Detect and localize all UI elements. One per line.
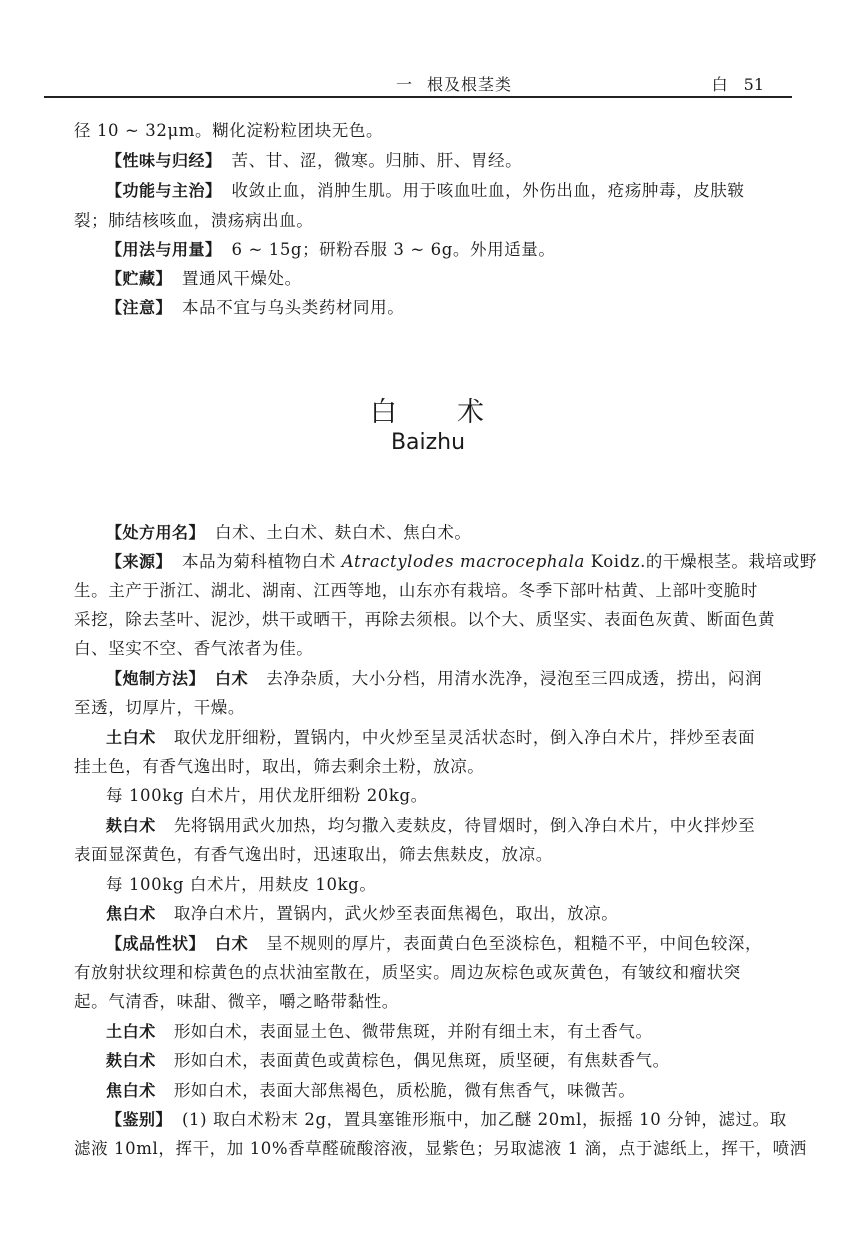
- paragraph-text: 先将锅用武火加热，均匀撒入麦麸皮，待冒烟时，倒入净白术片，中火拌炒至: [174, 816, 755, 835]
- source-paragraph-cont: 白、坚实不空、香气浓者为佳。: [74, 638, 794, 660]
- paragraph-text: 6 ~ 15g；研粉吞服 3 ~ 6g。外用适量。: [232, 240, 556, 259]
- processing-tu-paragraph: 土白术取伏龙肝细粉，置锅内，中火炒至呈灵活状态时，倒入净白术片，拌炒至表面: [106, 727, 826, 749]
- section-name: 根及根茎类: [427, 75, 512, 94]
- section-label: 【来源】: [106, 552, 172, 571]
- paragraph-text: 白术、土白术、麸白术、焦白术。: [215, 523, 472, 542]
- storage-paragraph: 【贮藏】置通风干燥处。: [106, 268, 826, 290]
- characteristics-fu: 麸白术形如白术，表面黄色或黄棕色，偶见焦斑，质坚硬，有焦麸香气。: [106, 1050, 826, 1072]
- function-paragraph: 【功能与主治】收敛止血，消肿生肌。用于咳血吐血，外伤出血，疮疡肿毒，皮肤皲: [106, 180, 826, 202]
- source-paragraph-cont: 生。主产于浙江、湖北、湖南、江西等地，山东亦有栽培。冬季下部叶枯黄、上部叶变脆时: [74, 580, 794, 602]
- page-info: 白51: [712, 72, 764, 95]
- section-label: 【鉴别】: [106, 1110, 172, 1129]
- title-char-2: 术: [457, 397, 486, 428]
- section-dash: 一: [396, 75, 413, 94]
- paragraph-text: 本品为菊科植物白术: [182, 552, 342, 571]
- characteristics-tu: 土白术形如白术，表面显土色、微带焦斑，并附有细土末，有土香气。: [106, 1021, 826, 1043]
- function-paragraph-cont: 裂；肺结核咳血，溃疡病出血。: [74, 210, 794, 232]
- title-char-1: 白: [370, 397, 399, 428]
- caution-paragraph: 【注意】本品不宜与乌头类药材同用。: [106, 297, 826, 319]
- processing-paragraph: 【炮制方法】白术去净杂质，大小分档，用清水洗净，浸泡至三四成透，捞出，闷润: [106, 668, 826, 690]
- entry-title-pinyin: Baizhu: [0, 430, 856, 455]
- entry-title-chinese: 白术: [0, 390, 856, 429]
- index-char: 白: [712, 75, 728, 94]
- paragraph-text: 去净杂质，大小分档，用清水洗净，浸泡至三四成透，捞出，闷润: [266, 669, 762, 688]
- section-label: 【成品性状】: [106, 934, 205, 953]
- source-paragraph-cont: 采挖，除去茎叶、泥沙，烘干或晒干，再除去须根。以个大、质坚实、表面色灰黄、断面色…: [74, 609, 794, 631]
- sub-label: 焦白术: [106, 904, 156, 923]
- characteristics-cont: 起。气清香，味甜、微辛，嚼之略带黏性。: [74, 991, 794, 1013]
- prescription-names-paragraph: 【处方用名】白术、土白术、麸白术、焦白术。: [106, 522, 826, 544]
- paragraph-text: (1) 取白术粉末 2g，置具塞锥形瓶中，加乙醚 20ml，振摇 10 分钟，滤…: [182, 1110, 787, 1129]
- characteristics-paragraph: 【成品性状】白术呈不规则的厚片，表面黄白色至淡棕色，粗糙不平，中间色较深，: [106, 933, 826, 955]
- sub-label: 土白术: [106, 728, 156, 747]
- paragraph-text: 形如白术，表面显土色、微带焦斑，并附有细土末，有土香气。: [174, 1022, 653, 1041]
- paragraph-text: 取净白术片，置锅内，武火炒至表面焦褐色，取出，放凉。: [174, 904, 619, 923]
- prev-entry-text: 径 10 ~ 32μm。糊化淀粉粒团块无色。: [74, 120, 794, 142]
- sub-label: 白术: [215, 934, 248, 953]
- paragraph-text: 形如白术，表面黄色或黄棕色，偶见焦斑，质坚硬，有焦麸香气。: [174, 1051, 670, 1070]
- processing-tu-ratio: 每 100kg 白术片，用伏龙肝细粉 20kg。: [106, 785, 826, 807]
- paragraph-text: Koidz.的干燥根茎。栽培或野: [585, 552, 817, 571]
- identification-cont: 滤液 10ml，挥干，加 10%香草醛硫酸溶液，显紫色；另取滤液 1 滴，点于滤…: [74, 1138, 794, 1160]
- section-label: 【贮藏】: [106, 269, 172, 288]
- paragraph-text: 本品不宜与乌头类药材同用。: [182, 298, 404, 317]
- section-label: 【处方用名】: [106, 523, 205, 542]
- section-label: 【注意】: [106, 298, 172, 317]
- sub-label: 麸白术: [106, 1051, 156, 1070]
- processing-tu-cont: 挂土色，有香气逸出时，取出，筛去剩余土粉，放凉。: [74, 756, 794, 778]
- paragraph-text: 形如白术，表面大部焦褐色，质松脆，微有焦香气，味微苦。: [174, 1081, 636, 1100]
- header-divider: [44, 96, 792, 98]
- processing-fu-paragraph: 麸白术先将锅用武火加热，均匀撒入麦麸皮，待冒烟时，倒入净白术片，中火拌炒至: [106, 815, 826, 837]
- latin-name: Atractylodes macrocephala: [342, 552, 585, 571]
- page-number: 51: [744, 75, 764, 94]
- source-paragraph: 【来源】本品为菊科植物白术 Atractylodes macrocephala …: [106, 551, 826, 573]
- processing-jiao-paragraph: 焦白术取净白术片，置锅内，武火炒至表面焦褐色，取出，放凉。: [106, 903, 826, 925]
- processing-paragraph-cont: 至透，切厚片，干燥。: [74, 697, 794, 719]
- processing-fu-cont: 表面显深黄色，有香气逸出时，迅速取出，筛去焦麸皮，放凉。: [74, 844, 794, 866]
- processing-fu-ratio: 每 100kg 白术片，用麸皮 10kg。: [106, 874, 826, 896]
- section-label: 【用法与用量】: [106, 240, 222, 259]
- paragraph-text: 苦、甘、涩，微寒。归肺、肝、胃经。: [232, 151, 523, 170]
- paragraph-text: 呈不规则的厚片，表面黄白色至淡棕色，粗糙不平，中间色较深，: [266, 934, 762, 953]
- section-label: 【性味与归经】: [106, 151, 222, 170]
- sub-label: 焦白术: [106, 1081, 156, 1100]
- characteristics-cont: 有放射状纹理和棕黄色的点状油室散在，质坚实。周边灰棕色或灰黄色，有皱纹和瘤状突: [74, 962, 794, 984]
- nature-meridian-paragraph: 【性味与归经】苦、甘、涩，微寒。归肺、肝、胃经。: [106, 150, 826, 172]
- sub-label: 土白术: [106, 1022, 156, 1041]
- usage-paragraph: 【用法与用量】6 ~ 15g；研粉吞服 3 ~ 6g。外用适量。: [106, 239, 826, 261]
- paragraph-text: 置通风干燥处。: [182, 269, 302, 288]
- running-header: 一根及根茎类 白51: [66, 68, 790, 98]
- section-label: 【功能与主治】: [106, 181, 222, 200]
- identification-paragraph: 【鉴别】(1) 取白术粉末 2g，置具塞锥形瓶中，加乙醚 20ml，振摇 10 …: [106, 1109, 826, 1131]
- sub-label: 麸白术: [106, 816, 156, 835]
- sub-label: 白术: [215, 669, 248, 688]
- section-title: 一根及根茎类: [396, 72, 512, 95]
- characteristics-jiao: 焦白术形如白术，表面大部焦褐色，质松脆，微有焦香气，味微苦。: [106, 1080, 826, 1102]
- paragraph-text: 收敛止血，消肿生肌。用于咳血吐血，外伤出血，疮疡肿毒，皮肤皲: [232, 181, 745, 200]
- section-label: 【炮制方法】: [106, 669, 205, 688]
- paragraph-text: 取伏龙肝细粉，置锅内，中火炒至呈灵活状态时，倒入净白术片，拌炒至表面: [174, 728, 755, 747]
